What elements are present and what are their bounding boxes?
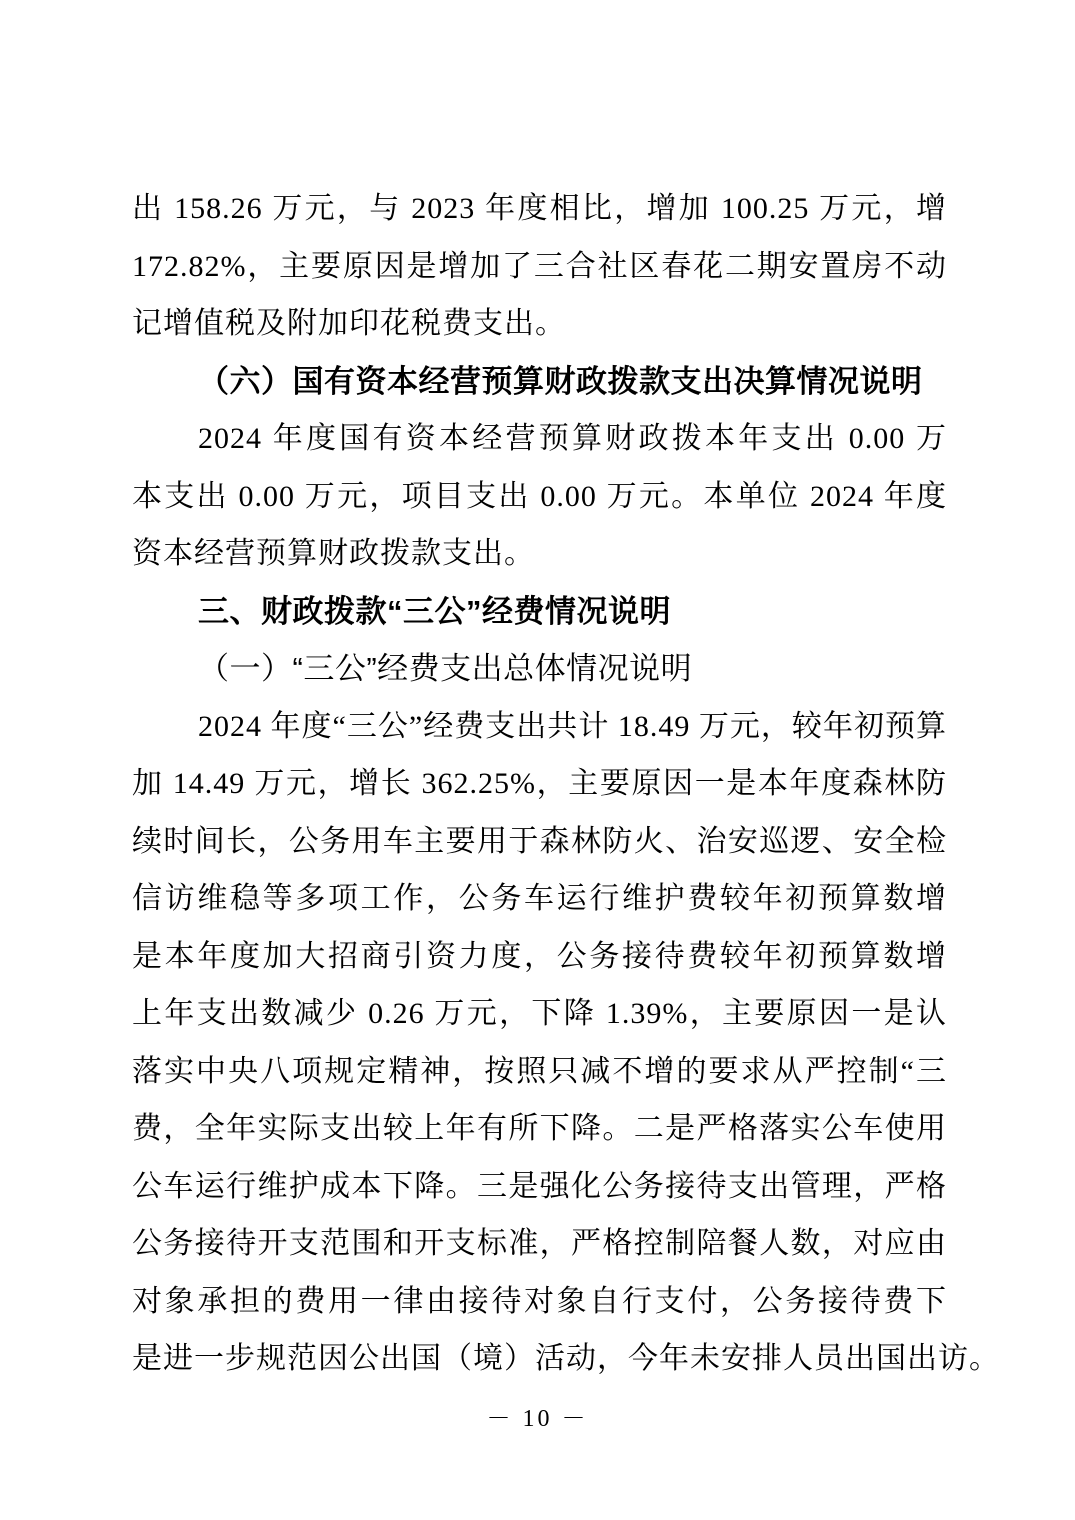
text-line: 公车运行维护成本下降。三是强化公务接待支出管理，严格遵守 — [132, 1158, 947, 1216]
text-line: 续时间长，公务用车主要用于森林防火、治安巡逻、安全检查、 — [132, 813, 947, 871]
text-line: 公务接待开支范围和开支标准，严格控制陪餐人数，对应由接待 — [132, 1215, 947, 1273]
text-line: 出 158.26 万元，与 2023 年度相比，增加 100.25 万元，增长 — [132, 180, 947, 238]
text-line: 本支出 0.00 万元，项目支出 0.00 万元。本单位 2024 年度无国有 — [132, 468, 947, 526]
text-line: 信访维稳等多项工作，公务车运行维护费较年初预算数增加。二 — [132, 870, 947, 928]
section-heading-6-soe-budget: （六）国有资本经营预算财政拨款支出决算情况说明 — [132, 353, 947, 411]
text-line: 加 14.49 万元，增长 362.25%，主要原因一是本年度森林防火持 — [132, 755, 947, 813]
text-line: 172.82%，主要原因是增加了三合社区春花二期安置房不动产登 — [132, 238, 947, 296]
text-line: 是本年度加大招商引资力度，公务接待费较年初预算数增加。较 — [132, 928, 947, 986]
text-line: 落实中央八项规定精神，按照只减不增的要求从严控制“三公”经 — [132, 1043, 947, 1101]
document-body: 出 158.26 万元，与 2023 年度相比，增加 100.25 万元，增长 … — [132, 180, 947, 1388]
text-line: 对象承担的费用一律由接待对象自行支付，公务接待费下降。四 — [132, 1273, 947, 1331]
text-line: 记增值税及附加印花税费支出。 — [132, 295, 947, 353]
text-line: 费，全年实际支出较上年有所下降。二是严格落实公车使用规定， — [132, 1100, 947, 1158]
section-heading-3-three-public-funds: 三、财政拨款“三公”经费情况说明 — [132, 583, 947, 641]
text-line: 2024 年度国有资本经营预算财政拨本年支出 0.00 万元，基 — [132, 410, 947, 468]
text-line: 上年支出数减少 0.26 万元，下降 1.39%，主要原因一是认真贯彻 — [132, 985, 947, 1043]
text-line: 资本经营预算财政拨款支出。 — [132, 525, 947, 583]
document-page: 出 158.26 万元，与 2023 年度相比，增加 100.25 万元，增长 … — [0, 0, 1075, 1520]
text-line: 是进一步规范因公出国（境）活动，今年未安排人员出国出访。 — [132, 1330, 947, 1388]
page-number: － 10 － — [0, 1398, 1075, 1433]
text-line: 2024 年度“三公”经费支出共计 18.49 万元，较年初预算数增 — [132, 698, 947, 756]
subsection-heading-1-overall: （一）“三公”经费支出总体情况说明 — [132, 640, 947, 698]
